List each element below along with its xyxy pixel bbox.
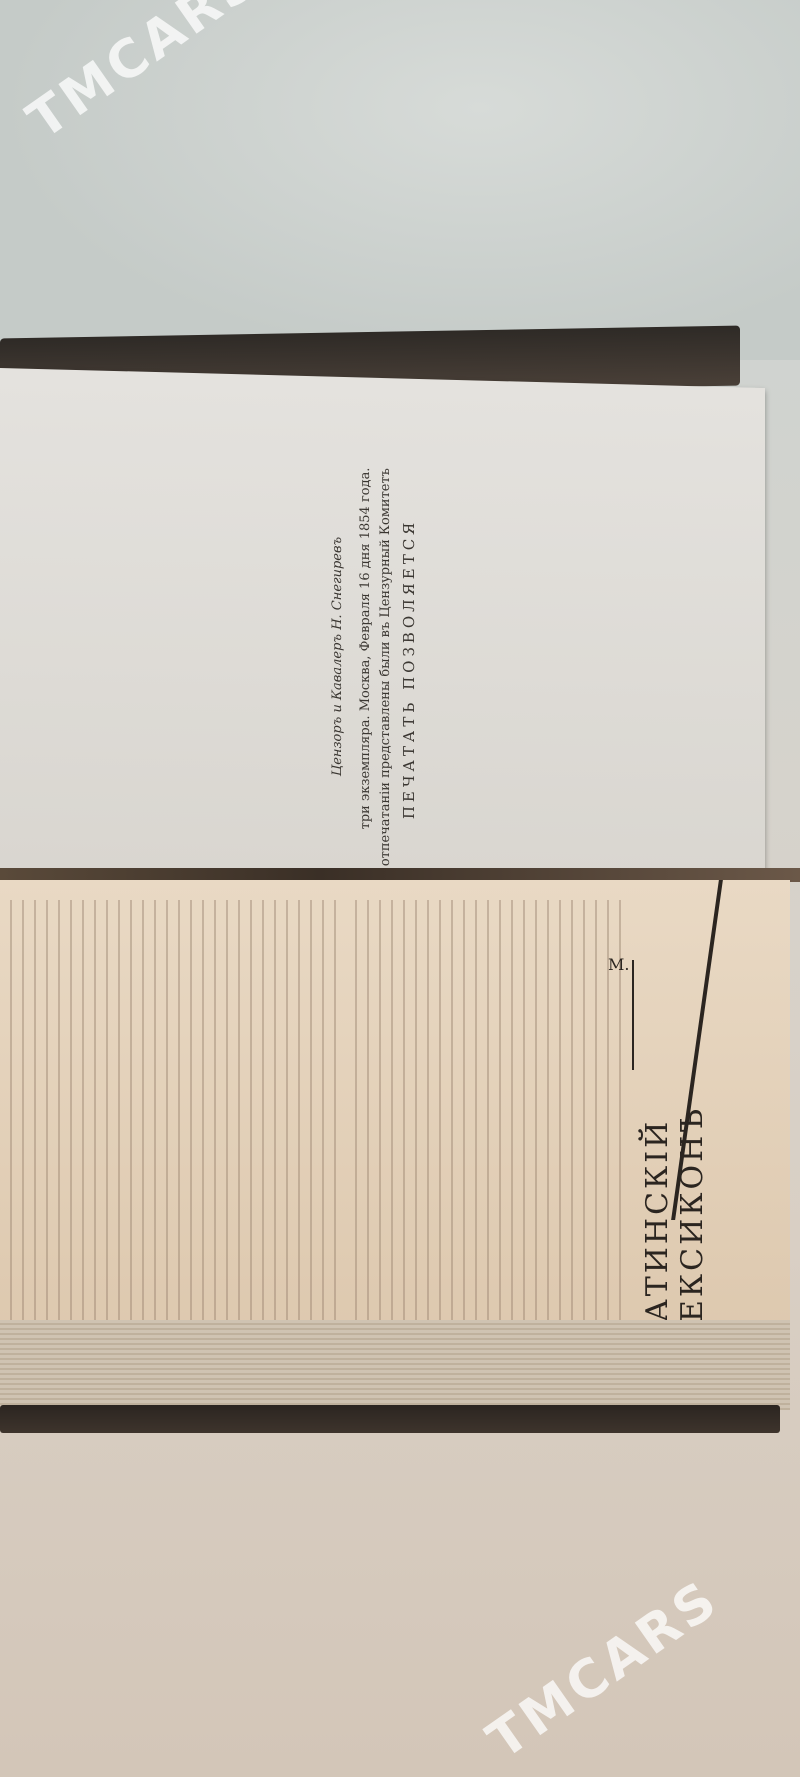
- page-edges: [0, 1320, 790, 1410]
- section-letter: M.: [608, 955, 629, 974]
- censorship-line-2: три экземпляра. Москва, Февраля 16 дня 1…: [358, 467, 373, 829]
- text-column-right: [355, 900, 625, 1320]
- title-rule: [632, 960, 634, 1070]
- book-cover-bottom: [0, 1405, 780, 1433]
- text-column-left: [10, 900, 340, 1320]
- censorship-page: ПЕЧАТАТЬ ПОЗВОЛЯЕТСЯ съ тѣмъ, чтобы по о…: [0, 368, 765, 888]
- censor-signature: Цензоръ и Кавалеръ Н. Снегиревъ: [330, 537, 345, 777]
- dictionary-page: ЛАТИНСКІЙ ЛЕКСИКОНЪ M.: [0, 880, 790, 1350]
- dictionary-title: ЛАТИНСКІЙ ЛЕКСИКОНЪ: [640, 900, 710, 1350]
- censorship-heading: ПЕЧАТАТЬ ПОЗВОЛЯЕТСЯ: [400, 518, 418, 819]
- watermark-bottom: TMCARS: [477, 1569, 730, 1771]
